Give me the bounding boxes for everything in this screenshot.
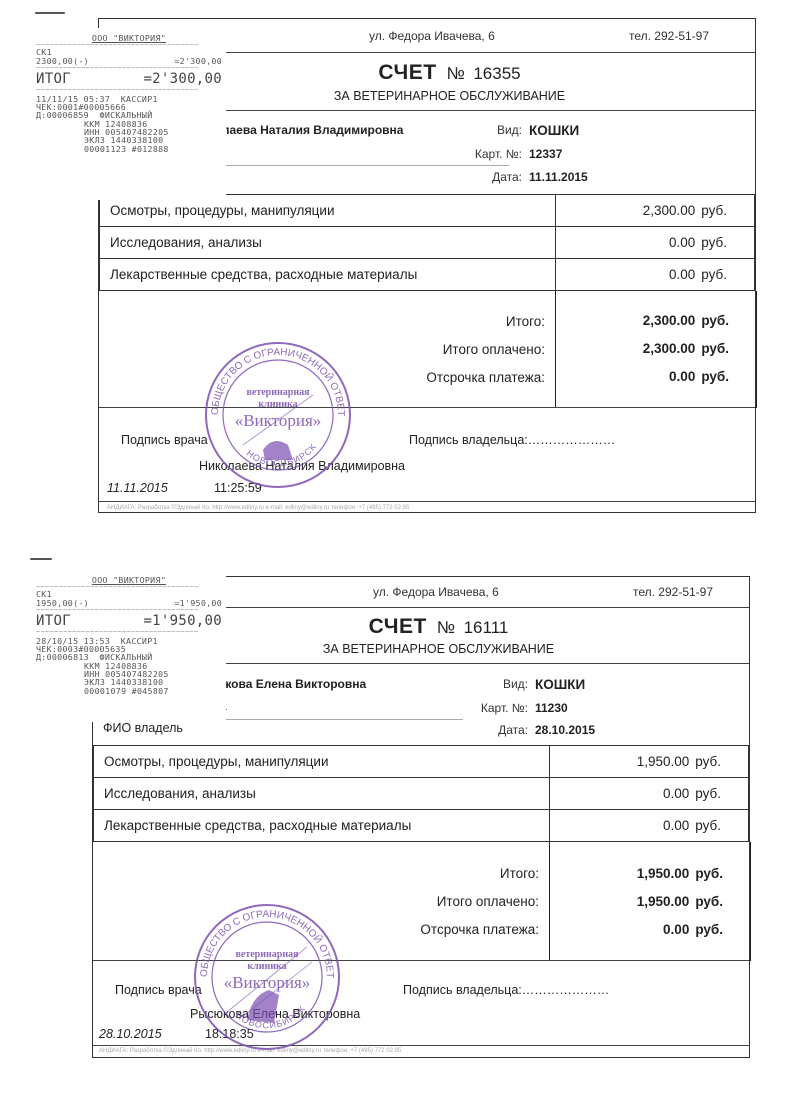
owner-name: окова Елена Викторовна	[218, 677, 366, 691]
cash-receipt: ООО "ВИКТОРИЯ" ~~~~~~~~~~~~~~~~~~~~~~~~~…	[32, 28, 226, 200]
table-row: Исследования, анализы 0.00руб.	[100, 227, 755, 259]
cash-receipt: ООО "ВИКТОРИЯ" ~~~~~~~~~~~~~~~~~~~~~~~~~…	[32, 570, 226, 722]
invoice-number-label: №	[437, 618, 455, 637]
deferred-amount: 0.00руб.	[663, 922, 723, 937]
species-value: КОШКИ	[535, 677, 585, 692]
owner-signature-label: Подпись владельца:…………………	[403, 983, 609, 997]
table-row: Исследования, анализы 0.00руб.	[94, 778, 749, 810]
invoice-number-label: №	[447, 64, 465, 83]
invoice-date: 11.11.2015	[529, 170, 588, 184]
doctor-signature-label: Подпись врача	[115, 983, 202, 997]
clinic-phone: тел. 292-51-97	[633, 585, 713, 599]
receipt-total: ИТОГ=1'950,00	[36, 613, 222, 629]
table-row: Лекарственные средства, расходные матери…	[100, 259, 755, 291]
card-row: Карт. №:11230	[458, 701, 568, 715]
software-footer: АНДИАГА: Разработка ©Эдлинай Ко. http://…	[107, 505, 409, 511]
service-amount: 1,950.00руб.	[550, 746, 749, 778]
card-number: 11230	[535, 701, 568, 715]
card-row: Карт. №:12337	[452, 147, 562, 161]
species-value: КОШКИ	[529, 123, 579, 138]
svg-text:клиника: клиника	[247, 961, 286, 972]
doctor-signature-label: Подпись врача	[121, 433, 208, 447]
invoice-number: 16355	[473, 64, 520, 83]
document-date: 11.11.2015	[107, 481, 168, 495]
table-row: Лекарственные средства, расходные матери…	[94, 810, 749, 842]
services-table: Осмотры, процедуры, манипуляции 2,300.00…	[99, 194, 755, 291]
divider	[203, 719, 463, 720]
divider	[99, 407, 755, 408]
invoice-16111: ул. Федора Ивачева, 6 тел. 292-51-97 СЧЕ…	[0, 562, 800, 1100]
species-row: Вид:КОШКИ	[458, 677, 585, 692]
service-name: Исследования, анализы	[94, 778, 550, 810]
deferred-amount: 0.00руб.	[669, 369, 729, 384]
service-amount: 2,300.00руб.	[556, 195, 755, 227]
paid-amount: 1,950.00руб.	[637, 894, 723, 909]
clinic-phone: тел. 292-51-97	[629, 29, 709, 43]
svg-text:клиника: клиника	[258, 399, 297, 410]
scan-mark	[35, 12, 65, 14]
paid-amount: 2,300.00руб.	[643, 341, 729, 356]
total-amount: 1,950.00руб.	[637, 866, 723, 881]
owner-fio-label: ФИО владель	[103, 721, 183, 735]
services-table: Осмотры, процедуры, манипуляции 1,950.00…	[93, 745, 749, 842]
service-amount: 0.00руб.	[550, 778, 749, 810]
service-name: Исследования, анализы	[100, 227, 556, 259]
service-amount: 0.00руб.	[550, 810, 749, 842]
card-number: 12337	[529, 147, 562, 161]
table-row: Осмотры, процедуры, манипуляции 1,950.00…	[94, 746, 749, 778]
date-row: Дата:11.11.2015	[452, 170, 588, 184]
svg-text:ветеринарная: ветеринарная	[246, 387, 310, 398]
divider	[99, 501, 755, 502]
service-name: Лекарственные средства, расходные матери…	[94, 810, 550, 842]
divider	[199, 165, 509, 166]
svg-text:ветеринарная: ветеринарная	[235, 949, 299, 960]
clinic-stamp: ОБЩЕСТВО С ОГРАНИЧЕННОЙ ОТВЕТСТВЕННОСТЬЮ…	[192, 902, 342, 1052]
owner-signature-label: Подпись владельца:…………………	[409, 433, 615, 447]
clinic-address: ул. Федора Ивачева, 6	[369, 29, 495, 43]
invoice-number: 16111	[464, 618, 509, 637]
owner-name: колаева Наталия Владимировна	[209, 123, 403, 137]
clinic-address: ул. Федора Ивачева, 6	[373, 585, 499, 599]
total-amount: 2,300.00руб.	[643, 313, 729, 328]
document-date: 28.10.2015	[99, 1027, 162, 1041]
totals-box: 2,300.00руб. 2,300.00руб. 0.00руб.	[555, 291, 757, 408]
date-row: Дата:28.10.2015	[458, 723, 595, 737]
service-name: Лекарственные средства, расходные матери…	[100, 259, 556, 291]
invoice-16355: ул. Федора Ивачева, 6 тел. 292-51-97 СЧЕ…	[0, 0, 800, 540]
svg-text:«Виктория»: «Виктория»	[224, 973, 311, 992]
scan-mark	[30, 558, 52, 560]
service-amount: 0.00руб.	[556, 227, 755, 259]
service-name: Осмотры, процедуры, манипуляции	[94, 746, 550, 778]
invoice-date: 28.10.2015	[535, 723, 595, 737]
receipt-total: ИТОГ=2'300,00	[36, 71, 222, 87]
totals-box: 1,950.00руб. 1,950.00руб. 0.00руб.	[549, 842, 751, 961]
clinic-stamp: ОБЩЕСТВО С ОГРАНИЧЕННОЙ ОТВЕТСТВЕННОСТЬЮ…	[203, 340, 353, 490]
invoice-title: СЧЕТ№ 16355	[144, 61, 755, 85]
species-row: Вид:КОШКИ	[452, 123, 579, 138]
invoice-subtitle: ЗА ВЕТЕРИНАРНОЕ ОБСЛУЖИВАНИЕ	[144, 89, 755, 103]
service-amount: 0.00руб.	[556, 259, 755, 291]
